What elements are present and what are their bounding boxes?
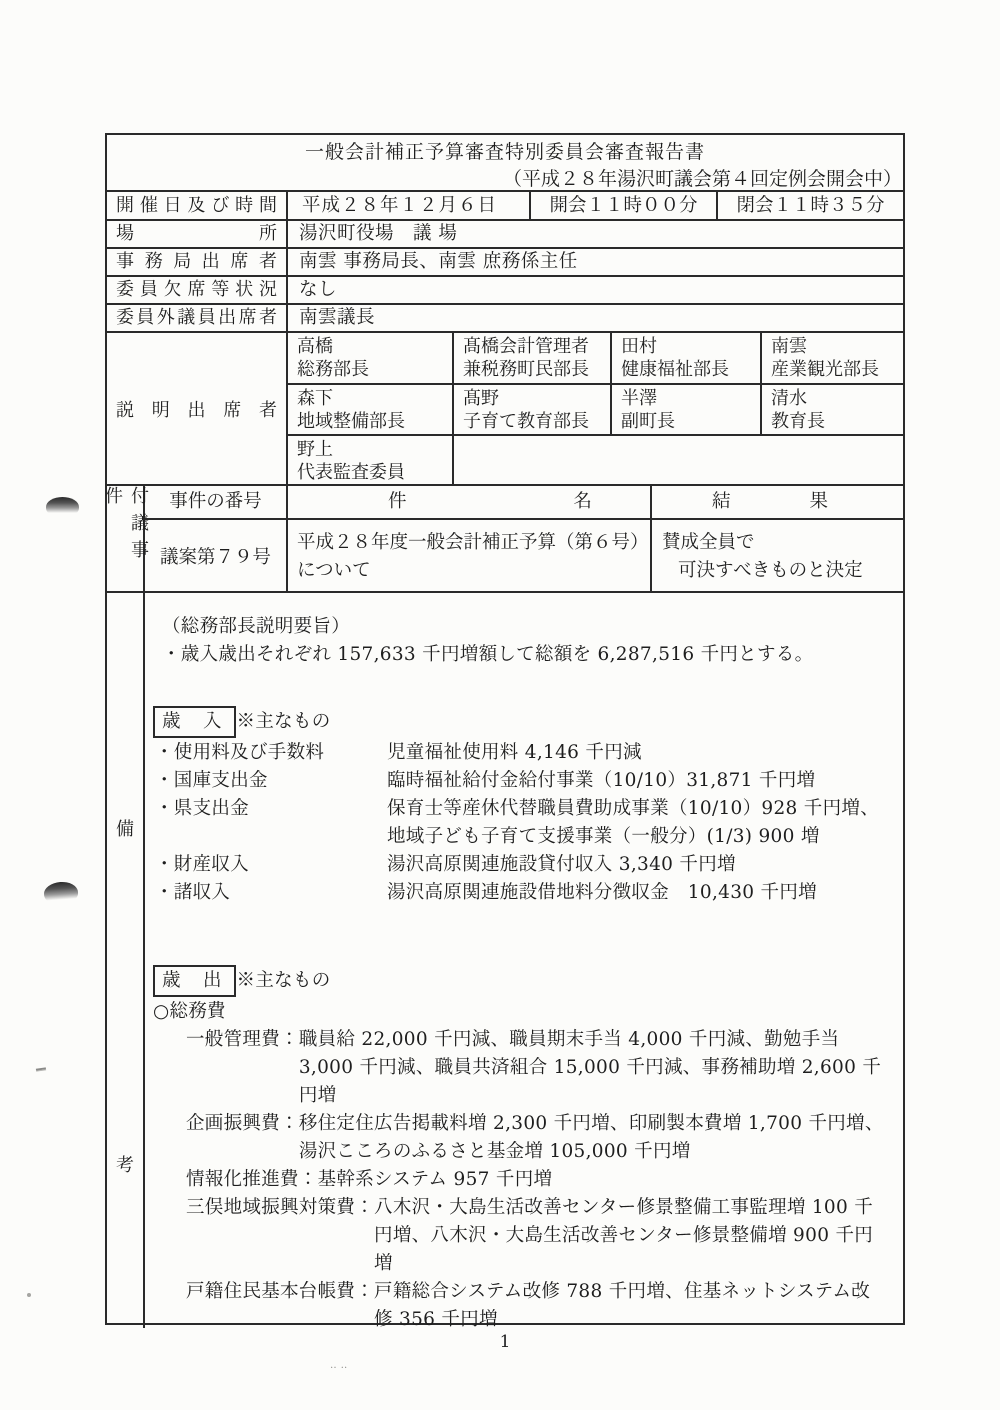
info-row-datetime: 開催日及び時間 平成２８年１２月６日 開会１１時００分 閉会１１時３５分 <box>107 192 903 221</box>
meeting-close-time: 閉会１１時３５分 <box>718 192 903 219</box>
label-place: 場所 <box>107 221 288 247</box>
expenditure-label-box: 歳 出 <box>153 965 236 997</box>
info-row-nonmember: 委員外議員出席者 南雲議長 <box>107 305 903 333</box>
revenue-note: ※主なもの <box>236 708 331 736</box>
report-title: 一般会計補正予算審査特別委員会審査報告書 <box>107 137 903 164</box>
remarks-side-bottom: 考 <box>107 1151 143 1177</box>
attendee-cell: 半澤副町長 <box>612 385 762 433</box>
empty-cell <box>454 436 903 484</box>
attendees-row-3: 野上代表監査委員 <box>288 434 903 484</box>
expenditure-item: 三俣地域振興対策費： 八木沢・大島生活改善センター修景整備工事監理増 100 千… <box>186 1194 887 1278</box>
meeting-date: 平成２８年１２月６日 <box>288 192 531 219</box>
remarks-section: 備 考 （総務部長説明要旨） ・歳入歳出それぞれ 157,633 千円増額して総… <box>107 593 903 1328</box>
agenda-header-result: 結果 <box>652 486 903 518</box>
revenue-item: ・使用料及び手数料 児童福祉使用料 4,146 千円減 <box>155 739 887 767</box>
report-subtitle: （平成２８年湯沢町議会第４回定例会開会中） <box>107 164 903 190</box>
attendee-cell: 髙橋会計管理者兼税務町民部長 <box>454 333 612 383</box>
expenditure-heading: 歳 出※主なもの <box>153 964 887 998</box>
label-nonmember: 委員外議員出席者 <box>107 305 288 331</box>
remarks-side-top: 備 <box>107 815 143 841</box>
hole-punch-bottom <box>43 881 78 905</box>
attendee-cell: 髙野子育て教育部長 <box>454 385 612 433</box>
attendee-cell: 高橋総務部長 <box>288 333 454 383</box>
attendees-section: 説明出席者 高橋総務部長 髙橋会計管理者兼税務町民部長 田村健康福祉部長 南雲産… <box>107 333 903 486</box>
expenditure-item: 戸籍住民基本台帳費： 戸籍総合システム改修 788 千円増、住基ネットシステム改… <box>186 1278 887 1334</box>
revenue-item: ・財産収入 湯沢高原関連施設貸付収入 3,340 千円増 <box>155 851 887 879</box>
info-row-absence: 委員欠席等状況 なし <box>107 277 903 305</box>
scan-artifact <box>27 1293 31 1297</box>
scan-artifact: ‥‥ <box>330 1360 370 1368</box>
nonmember-attendees: 南雲議長 <box>288 305 903 331</box>
case-number: 議案第７９号 <box>145 520 288 591</box>
remarks-side-label: 備 考 <box>107 593 145 1328</box>
label-datetime: 開催日及び時間 <box>107 192 288 219</box>
absence-status: なし <box>288 277 903 303</box>
case-name: 平成２８年度一般会計補正予算（第６号）について <box>288 520 652 591</box>
revenue-heading: 歳 入※主なもの <box>153 705 887 739</box>
expenditure-group-heading: ○総務費 <box>153 998 887 1026</box>
label-absence: 委員欠席等状況 <box>107 277 288 303</box>
agenda-main: 事件の番号 件名 結果 議案第７９号 平成２８年度一般会計補正予算（第６号）につ… <box>145 486 903 591</box>
attendee-cell: 森下地域整備部長 <box>288 385 454 433</box>
meeting-place: 湯沢町役場 議 場 <box>288 221 903 247</box>
revenue-label-box: 歳 入 <box>153 706 236 738</box>
revenue-item: ・国庫支出金 臨時福祉給付金給付事業（10/10）31,871 千円増 <box>155 767 887 795</box>
info-row-place: 場所 湯沢町役場 議 場 <box>107 221 903 249</box>
label-secretariat: 事務局出席者 <box>107 249 288 275</box>
attendees-row-2: 森下地域整備部長 髙野子育て教育部長 半澤副町長 清水教育長 <box>288 383 903 433</box>
expenditure-block: 歳 出※主なもの ○総務費 一般管理費： 職員給 22,000 千円減、職員期末… <box>150 964 887 1334</box>
agenda-side-label: 付議事件 <box>107 486 145 591</box>
expenditure-item: 企画振興費： 移住定住広告掲載料増 2,300 千円増、印刷製本費増 1,700… <box>186 1110 887 1166</box>
hole-punch-top <box>46 497 79 517</box>
attendee-cell: 田村健康福祉部長 <box>612 333 762 383</box>
revenue-item: ・諸収入 湯沢高原関連施設借地料分徴収金 10,430 千円増 <box>155 879 887 907</box>
attendees-row-1: 高橋総務部長 髙橋会計管理者兼税務町民部長 田村健康福祉部長 南雲産業観光部長 <box>288 333 903 383</box>
page-number: 1 <box>105 1332 905 1352</box>
agenda-header-number: 事件の番号 <box>145 486 288 518</box>
agenda-case-row: 議案第７９号 平成２８年度一般会計補正予算（第６号）について 賛成全員で 可決す… <box>145 520 903 591</box>
summary-item: ・歳入歳出それぞれ 157,633 千円増額して総額を 6,287,516 千円… <box>162 641 887 669</box>
attendee-cell: 野上代表監査委員 <box>288 436 454 484</box>
revenue-item: ・県支出金 保育士等産休代替職員費助成事業（10/10）928 千円増、地域子ど… <box>155 795 887 851</box>
scanned-document-page: ‥‥ 一般会計補正予算審査特別委員会審査報告書 （平成２８年湯沢町議会第４回定例… <box>0 0 1000 1410</box>
scan-artifact <box>36 1067 46 1071</box>
info-row-secretariat: 事務局出席者 南雲 事務局長、南雲 庶務係主任 <box>107 249 903 277</box>
case-result: 賛成全員で 可決すべきものと決定 <box>652 520 903 591</box>
expenditure-item: 情報化推進費： 基幹系システム 957 千円増 <box>186 1166 887 1194</box>
revenue-items: ・使用料及び手数料 児童福祉使用料 4,146 千円減 ・国庫支出金 臨時福祉給… <box>150 739 887 907</box>
expenditure-items: 一般管理費： 職員給 22,000 千円減、職員期末手当 4,000 千円減、勤… <box>150 1026 887 1334</box>
title-row: 一般会計補正予算審査特別委員会審査報告書 （平成２８年湯沢町議会第４回定例会開会… <box>107 135 903 192</box>
secretariat-attendees: 南雲 事務局長、南雲 庶務係主任 <box>288 249 903 275</box>
report-table: 一般会計補正予算審査特別委員会審査報告書 （平成２８年湯沢町議会第４回定例会開会… <box>105 133 905 1325</box>
attendee-cell: 清水教育長 <box>762 385 903 433</box>
agenda-header-row: 事件の番号 件名 結果 <box>145 486 903 520</box>
meeting-open-time: 開会１１時００分 <box>531 192 718 219</box>
summary-heading: （総務部長説明要旨） <box>162 613 887 641</box>
attendees-grid: 高橋総務部長 髙橋会計管理者兼税務町民部長 田村健康福祉部長 南雲産業観光部長 … <box>288 333 903 484</box>
expenditure-item: 一般管理費： 職員給 22,000 千円減、職員期末手当 4,000 千円減、勤… <box>186 1026 887 1110</box>
revenue-block: 歳 入※主なもの ・使用料及び手数料 児童福祉使用料 4,146 千円減 ・国庫… <box>150 705 887 907</box>
attendee-cell: 南雲産業観光部長 <box>762 333 903 383</box>
agenda-header-name: 件名 <box>288 486 652 518</box>
agenda-section: 付議事件 事件の番号 件名 結果 議案第７９号 平成２８年度一般会計補正予算（第… <box>107 486 903 593</box>
remarks-content: （総務部長説明要旨） ・歳入歳出それぞれ 157,633 千円増額して総額を 6… <box>145 593 903 1328</box>
label-attendees: 説明出席者 <box>107 333 288 484</box>
expenditure-note: ※主なもの <box>236 967 331 995</box>
